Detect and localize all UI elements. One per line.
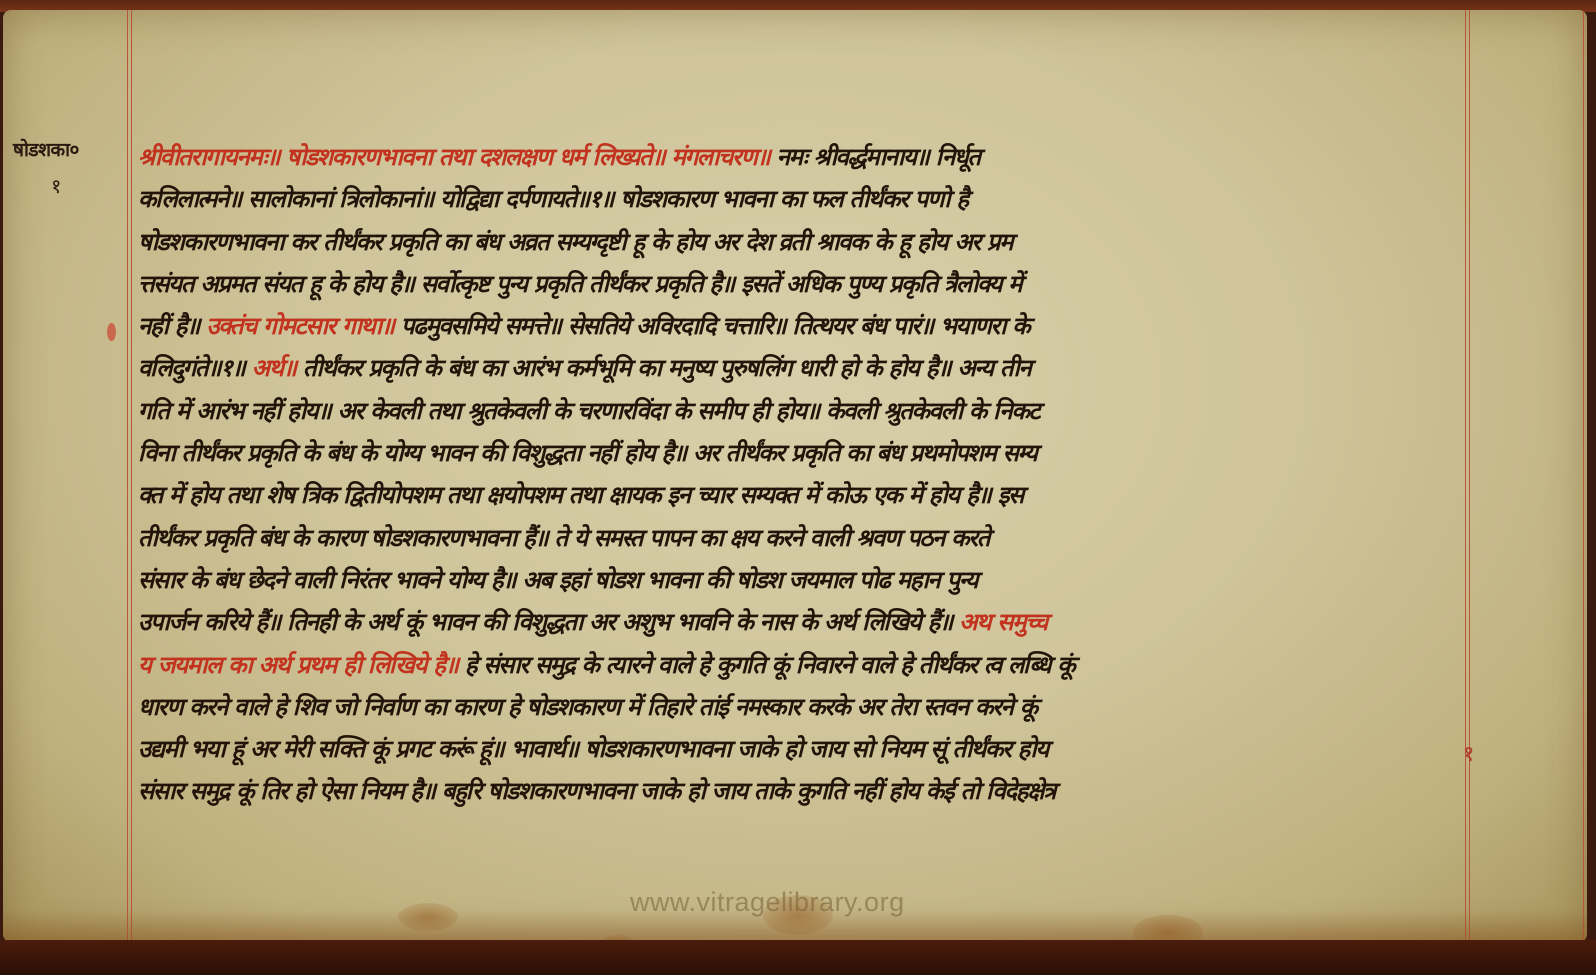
text-segment: विना तीर्थंकर प्रकृति के बंध के योग्य भा… <box>138 439 1037 467</box>
manuscript-line: संसार के बंध छेदने वाली निरंतर भावने योग… <box>138 559 1460 601</box>
manuscript-line: षोडशकारणभावना कर तीर्थंकर प्रकृति का बंध… <box>138 221 1460 263</box>
text-segment: त्तसंयत अप्रमत संयत हू के होय है॥ सर्वोत… <box>138 270 1021 298</box>
left-margin-rule <box>127 10 132 942</box>
text-segment: उपार्जन करिये हैं॥ तिनही के अर्थ कूं भाव… <box>138 608 959 636</box>
text-segment: पढमुवसमिये समत्ते॥ सेसतिये अविरदादि चत्त… <box>394 312 1029 340</box>
manuscript-page: षोडशका० १ १ श्रीवीतरागायनमः॥ षोडशकारणभाव… <box>3 10 1587 942</box>
rubric-text-segment: य जयमाल का अर्थ प्रथम ही लिखिये है॥ <box>138 651 458 679</box>
rubric-text-segment: श्रीवीतरागायनमः॥ षोडशकारणभावना तथा दशलक्… <box>138 143 770 171</box>
text-segment: षोडशकारणभावना कर तीर्थंकर प्रकृति का बंध… <box>138 228 1012 256</box>
manuscript-line: नहीं है॥ उक्तंच गोमटसार गाथा॥ पढमुवसमिये… <box>138 305 1460 347</box>
margin-leaf-number-right: १ <box>1463 738 1474 768</box>
rubric-text-segment: उक्तंच गोमटसार गाथा॥ <box>206 312 394 340</box>
text-segment: तीर्थंकर प्रकृति बंध के कारण षोडशकारणभाव… <box>138 524 989 552</box>
red-ink-mark <box>107 323 116 341</box>
manuscript-line: श्रीवीतरागायनमः॥ षोडशकारणभावना तथा दशलक्… <box>138 136 1460 178</box>
frame-bottom-edge <box>0 940 1596 975</box>
text-segment: संसार समुद्र कूं तिर हो ऐसा नियम है॥ बहु… <box>138 777 1055 805</box>
manuscript-line: धारण करने वाले हे शिव जो निर्वाण का कारण… <box>138 686 1460 728</box>
manuscript-line: तीर्थंकर प्रकृति बंध के कारण षोडशकारणभाव… <box>138 517 1460 559</box>
manuscript-line: क्त में होय तथा शेष त्रिक द्वितीयोपशम तथ… <box>138 474 1460 516</box>
manuscript-line: कलिलात्मने॥ सालोकानां त्रिलोकानां॥ योद्व… <box>138 178 1460 220</box>
text-segment: गति में आरंभ नहीं होय॥ अर केवली तथा श्रु… <box>138 397 1039 425</box>
text-segment: षोडशकारण भावना का फल तीर्थंकर पणो है <box>613 185 968 213</box>
manuscript-line: त्तसंयत अप्रमत संयत हू के होय है॥ सर्वोत… <box>138 263 1460 305</box>
rubric-text-segment: अथ समुच्च <box>959 608 1047 636</box>
right-margin-rule <box>1465 10 1470 942</box>
text-segment: तीर्थंकर प्रकृति के बंध का आरंभ कर्मभूमि… <box>296 354 1031 382</box>
margin-leaf-number-left: १ <box>51 172 61 199</box>
manuscript-line: गति में आरंभ नहीं होय॥ अर केवली तथा श्रु… <box>138 390 1460 432</box>
text-segment: संसार के बंध छेदने वाली निरंतर भावने योग… <box>138 566 977 594</box>
manuscript-line: य जयमाल का अर्थ प्रथम ही लिखिये है॥ हे स… <box>138 644 1460 686</box>
text-segment: धारण करने वाले हे शिव जो निर्वाण का कारण… <box>138 693 1037 721</box>
rubric-text-segment: अर्थ॥ <box>252 354 296 382</box>
manuscript-line: उद्यमी भया हूं अर मेरी सक्ति कूं प्रगट क… <box>138 728 1460 770</box>
text-segment: क्त में होय तथा शेष त्रिक द्वितीयोपशम तथ… <box>138 481 1023 509</box>
outer-right-rule <box>1583 10 1587 942</box>
margin-title: षोडशका० <box>13 136 79 162</box>
manuscript-text-block: श्रीवीतरागायनमः॥ षोडशकारणभावना तथा दशलक्… <box>138 136 1460 813</box>
text-segment: वलिदुगंते॥१॥ <box>138 354 252 382</box>
text-segment: नमः श्रीवर्द्धमानाय॥ निर्धूत <box>770 143 980 171</box>
text-segment: नहीं है॥ <box>138 312 206 340</box>
manuscript-line: संसार समुद्र कूं तिर हो ऐसा नियम है॥ बहु… <box>138 770 1460 812</box>
manuscript-line: विना तीर्थंकर प्रकृति के बंध के योग्य भा… <box>138 432 1460 474</box>
manuscript-line: वलिदुगंते॥१॥ अर्थ॥ तीर्थंकर प्रकृति के ब… <box>138 347 1460 389</box>
text-segment: कलिलात्मने॥ सालोकानां त्रिलोकानां॥ योद्व… <box>138 185 613 213</box>
text-segment: हे संसार समुद्र के त्यारने वाले हे कुगति… <box>458 651 1075 679</box>
watermark: www.vitragelibrary.org <box>630 887 905 918</box>
text-segment: उद्यमी भया हूं अर मेरी सक्ति कूं प्रगट क… <box>138 735 511 763</box>
manuscript-line: उपार्जन करिये हैं॥ तिनही के अर्थ कूं भाव… <box>138 601 1460 643</box>
text-segment: भावार्थ॥ षोडशकारणभावना जाके हो जाय सो नि… <box>511 735 1048 763</box>
